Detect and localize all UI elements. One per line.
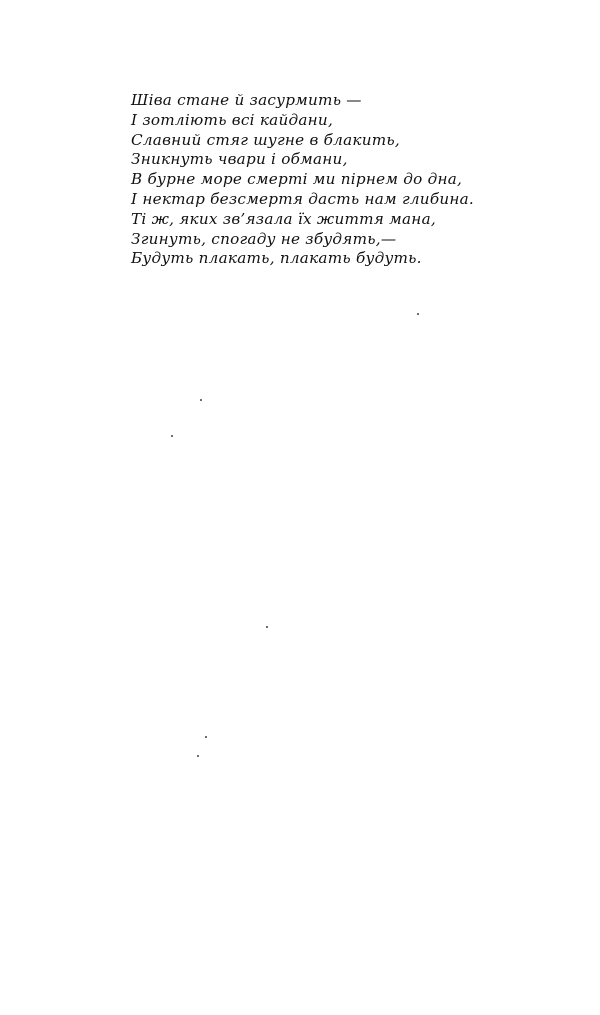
scan-speck xyxy=(171,435,173,437)
scan-speck xyxy=(266,626,268,628)
poem-line: Ті ж, яких зв’язала їх життя мана, xyxy=(131,210,474,230)
poem-line: Згинуть, спогаду не збудять,— xyxy=(131,230,474,250)
scan-speck xyxy=(417,313,419,315)
poem-stanza: Шіва стане й засурмить — І зотліють всі … xyxy=(131,91,474,269)
poem-line: Будуть плакать, плакать будуть. xyxy=(131,249,474,269)
scan-speck xyxy=(200,399,202,401)
poem-line: І нектар безсмертя дасть нам глибина. xyxy=(131,190,474,210)
document-page: Шіва стане й засурмить — І зотліють всі … xyxy=(0,0,600,1015)
poem-line: І зотліють всі кайдани, xyxy=(131,111,474,131)
scan-speck xyxy=(205,736,207,738)
poem-line: Славний стяг шугне в блакить, xyxy=(131,131,474,151)
poem-line: В бурне море смерті ми пірнем до дна, xyxy=(131,170,474,190)
poem-line: Зникнуть чвари і обмани, xyxy=(131,150,474,170)
poem-line: Шіва стане й засурмить — xyxy=(131,91,474,111)
scan-speck xyxy=(197,755,199,757)
